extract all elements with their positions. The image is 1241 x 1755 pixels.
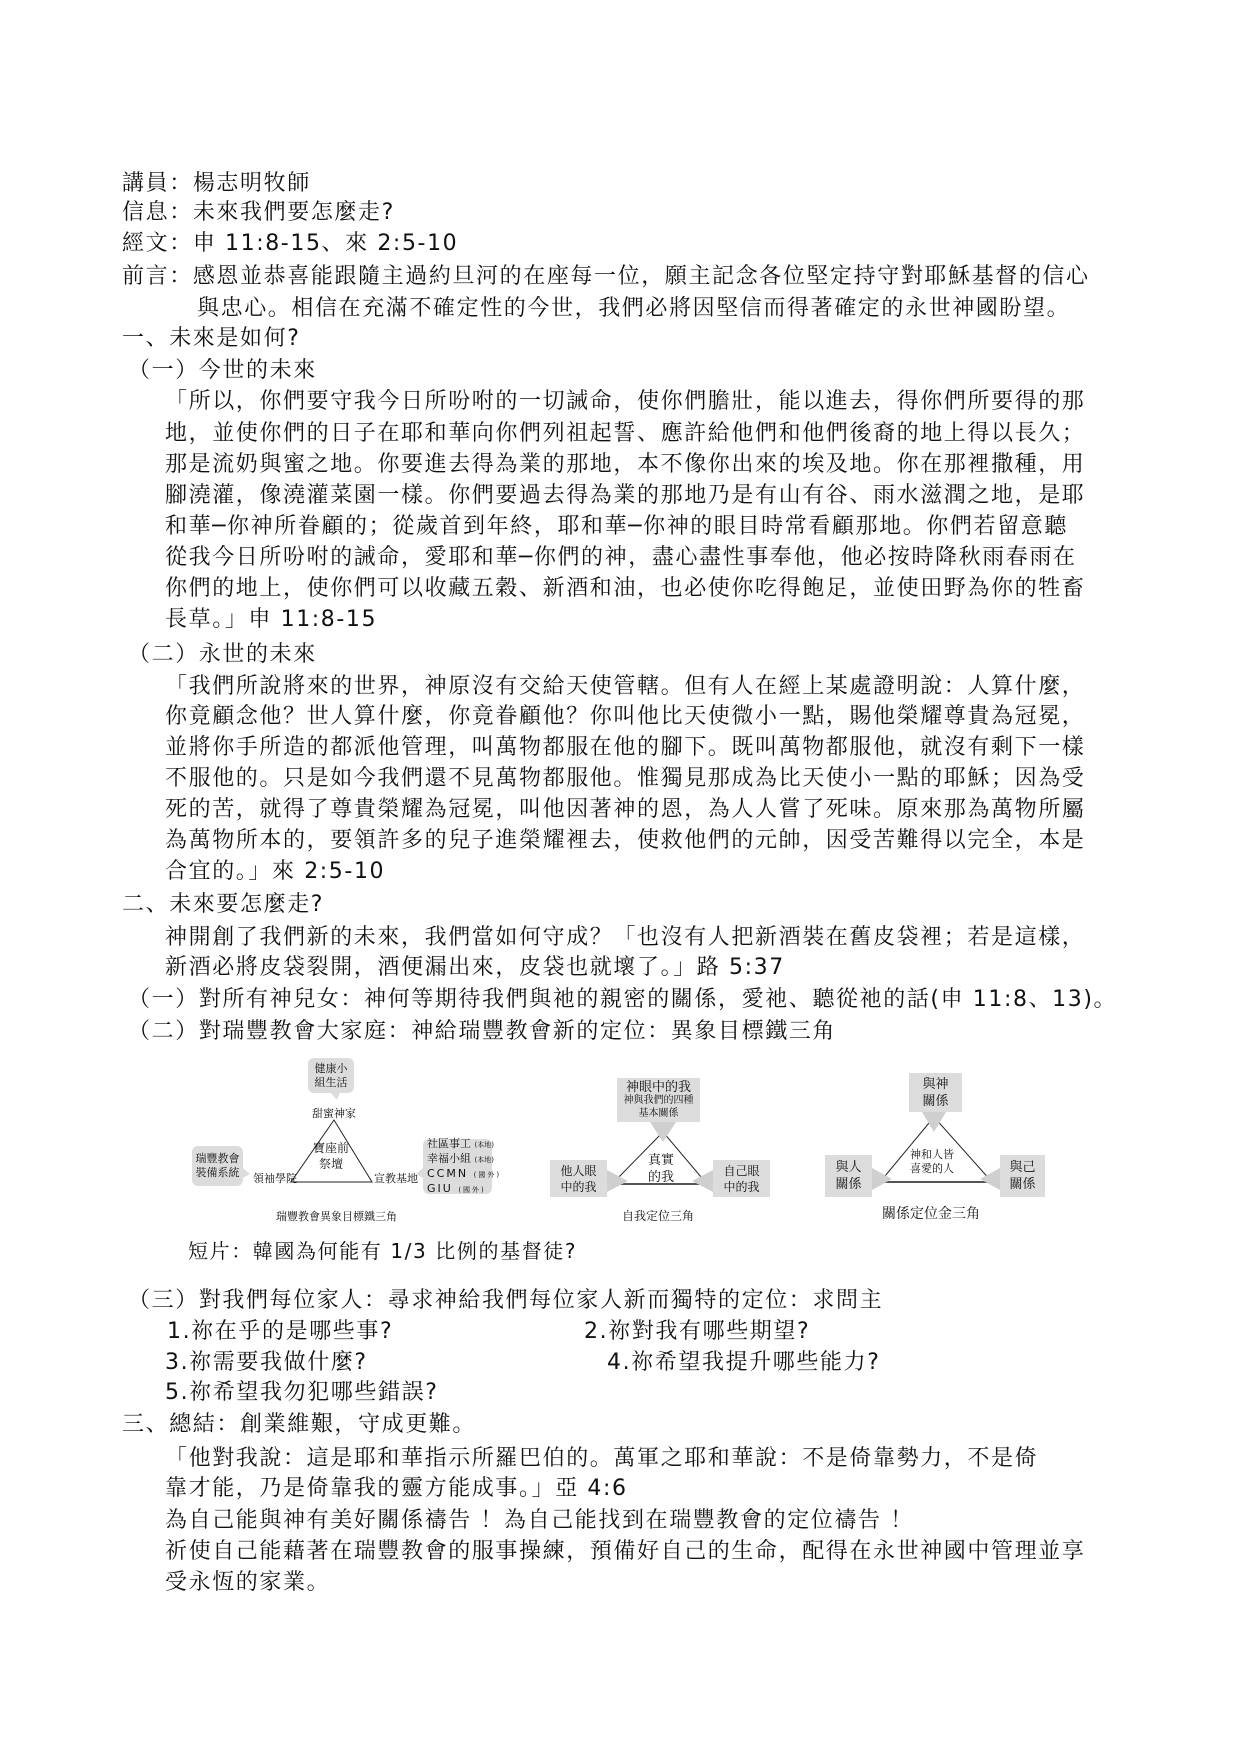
center-text: 喜愛的人 bbox=[910, 1162, 954, 1176]
section3-line: 靠才能，乃是倚靠我的靈方能成事。」亞 4:6 bbox=[165, 1475, 628, 1503]
relation-left-box: 與人 關係 bbox=[825, 1155, 872, 1197]
question-item: 1.祢在乎的是哪些事? bbox=[167, 1318, 393, 1346]
section2-sub3: （三）對我們每位家人：尋求神給我們每位家人新而獨特的定位：求問主 bbox=[128, 1287, 883, 1315]
box-text: 關係 bbox=[1009, 1176, 1035, 1193]
relation-caption: 關係定位金三角 bbox=[882, 1203, 980, 1223]
relation-top-box: 與神 關係 bbox=[909, 1073, 962, 1112]
question-item: 3.祢需要我做什麼? bbox=[165, 1349, 368, 1377]
question-item: 2.祢對我有哪些期望? bbox=[584, 1318, 810, 1346]
section3-line: 祈使自己能藉著在瑞豐教會的服事操練，預備好自己的生命，配得在永世神國中管理並享 bbox=[165, 1538, 1085, 1566]
box-text: 與神 bbox=[922, 1076, 948, 1093]
section3-heading: 三、總結：創業維艱，守成更難。 bbox=[122, 1411, 476, 1439]
section3-line: 受永恆的家業。 bbox=[165, 1569, 330, 1597]
box-text: 與人 bbox=[835, 1159, 861, 1176]
section3-line: 為自己能與神有美好關係禱告 ！為自己能找到在瑞豐教會的定位禱告 ！ bbox=[165, 1507, 914, 1535]
center-text: 神和人皆 bbox=[910, 1148, 954, 1162]
relation-right-box: 與己 關係 bbox=[1000, 1155, 1045, 1197]
question-item: 5.祢希望我勿犯哪些錯誤? bbox=[165, 1379, 438, 1407]
question-item: 4.祢希望我提升哪些能力? bbox=[607, 1349, 880, 1377]
box-text: 關係 bbox=[922, 1093, 948, 1110]
relation-center-label: 神和人皆 喜愛的人 bbox=[910, 1148, 954, 1176]
video-note: 短片：韓國為何能有 1/3 比例的基督徒? bbox=[188, 1237, 577, 1265]
box-text: 與己 bbox=[1009, 1159, 1035, 1176]
box-text: 關係 bbox=[835, 1176, 861, 1193]
section3-line: 「他對我說：這是耶和華指示所羅巴伯的。萬軍之耶和華說：不是倚靠勢力，不是倚 bbox=[165, 1445, 1038, 1473]
